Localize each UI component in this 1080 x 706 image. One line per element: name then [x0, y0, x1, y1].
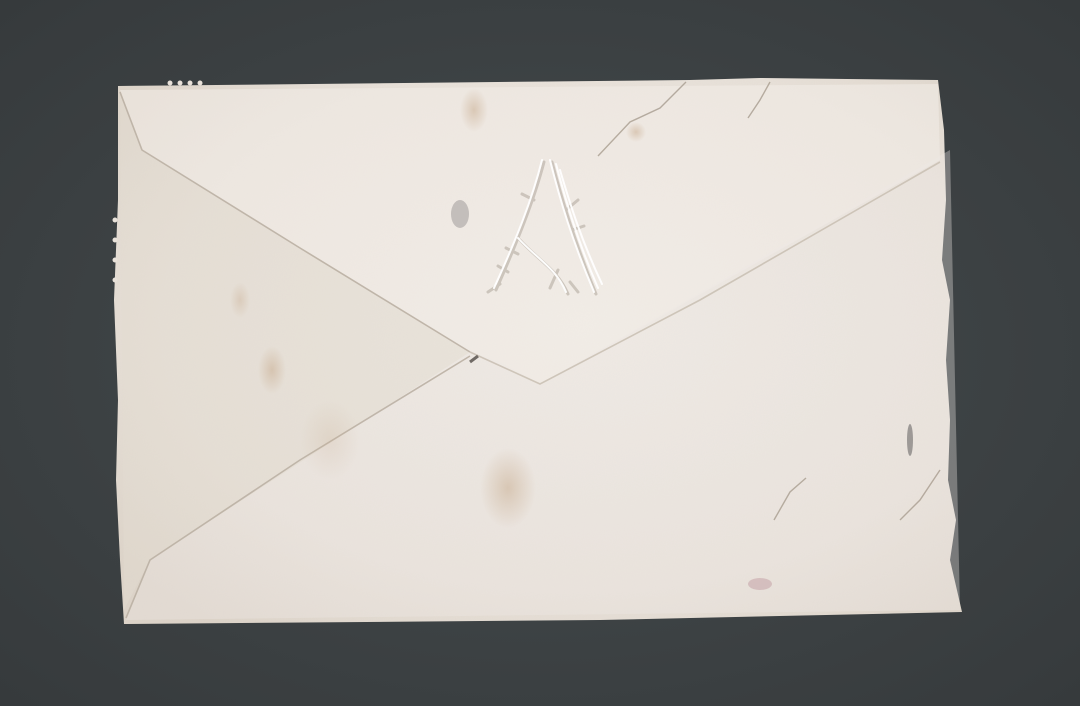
- envelope: [0, 0, 1080, 706]
- photo-scene: [0, 0, 1080, 706]
